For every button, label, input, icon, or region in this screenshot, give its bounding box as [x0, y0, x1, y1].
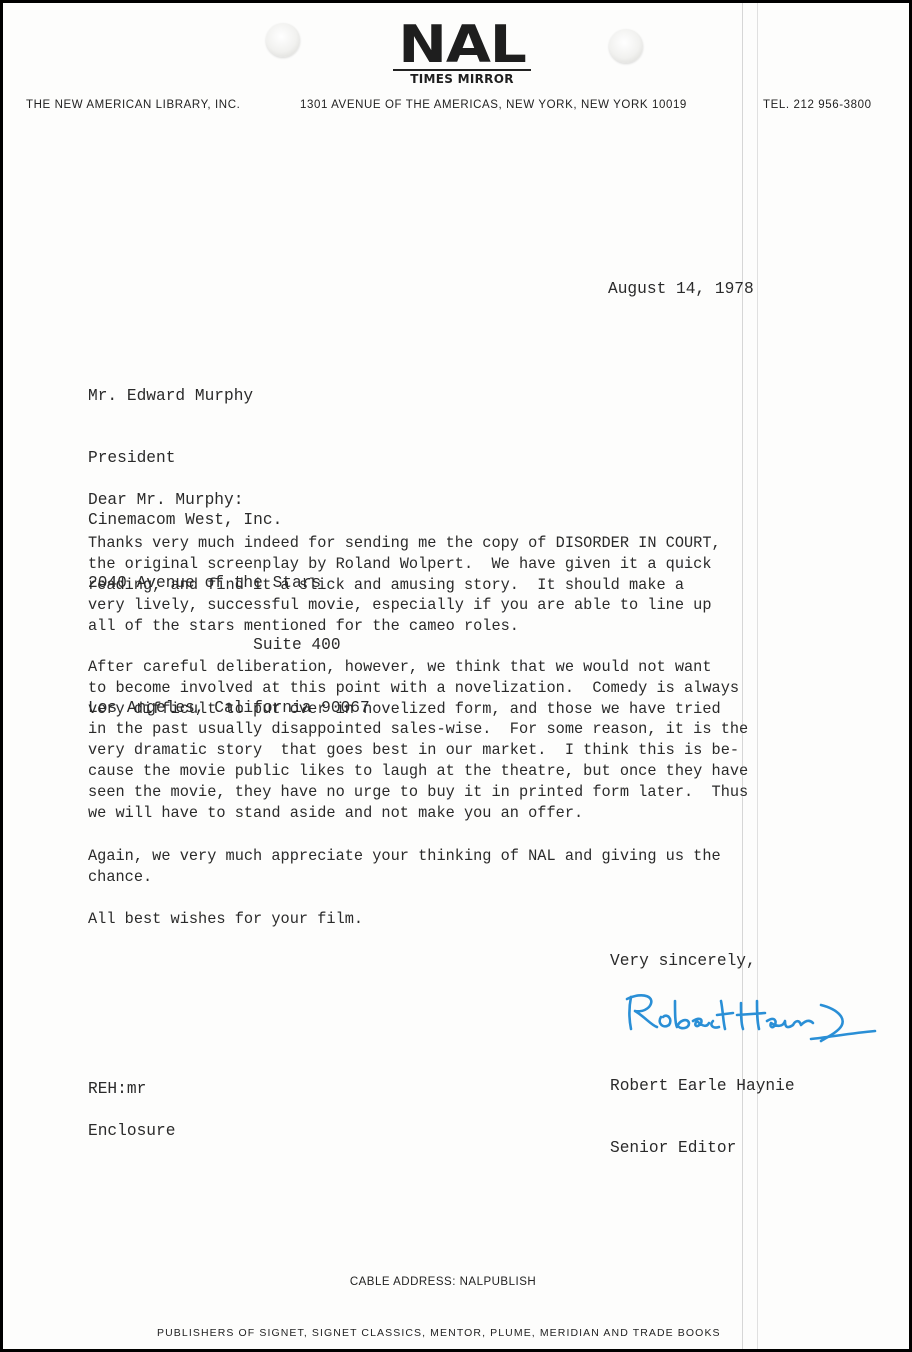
cable-address: CABLE ADDRESS: NALPUBLISH: [3, 1276, 883, 1288]
punch-hole: [609, 29, 643, 63]
recipient-line: Cinemacom West, Inc.: [88, 510, 370, 531]
company-name: THE NEW AMERICAN LIBRARY, INC.: [26, 99, 240, 111]
logo-mark: NAL: [380, 25, 544, 67]
recipient-line: Suite 400: [88, 635, 370, 656]
recipient-line: President: [88, 448, 370, 469]
reference-initials: REH:mr: [88, 1079, 146, 1100]
punch-hole: [266, 23, 300, 57]
company-address: 1301 AVENUE OF THE AMERICAS, NEW YORK, N…: [300, 99, 687, 111]
company-telephone: TEL. 212 956-3800: [763, 99, 872, 111]
body-paragraph: Thanks very much indeed for sending me t…: [88, 533, 721, 637]
recipient-line: Mr. Edward Murphy: [88, 386, 370, 407]
signer-block: Robert Earle Haynie Senior Editor: [610, 1034, 795, 1200]
salutation: Dear Mr. Murphy:: [88, 490, 243, 511]
signer-title: Senior Editor: [610, 1138, 795, 1159]
body-paragraph: Again, we very much appreciate your thin…: [88, 846, 721, 888]
body-paragraph: All best wishes for your film.: [88, 909, 363, 930]
letter-date: August 14, 1978: [608, 279, 754, 300]
publishers-line: PUBLISHERS OF SIGNET, SIGNET CLASSICS, M…: [157, 1327, 721, 1339]
nal-logo: NAL TIMES MIRROR: [389, 25, 535, 86]
enclosure-note: Enclosure: [88, 1121, 175, 1142]
signer-name: Robert Earle Haynie: [610, 1076, 795, 1097]
letter-page: NAL TIMES MIRROR THE NEW AMERICAN LIBRAR…: [3, 3, 909, 1349]
closing: Very sincerely,: [610, 951, 756, 972]
body-paragraph: After careful deliberation, however, we …: [88, 657, 748, 823]
